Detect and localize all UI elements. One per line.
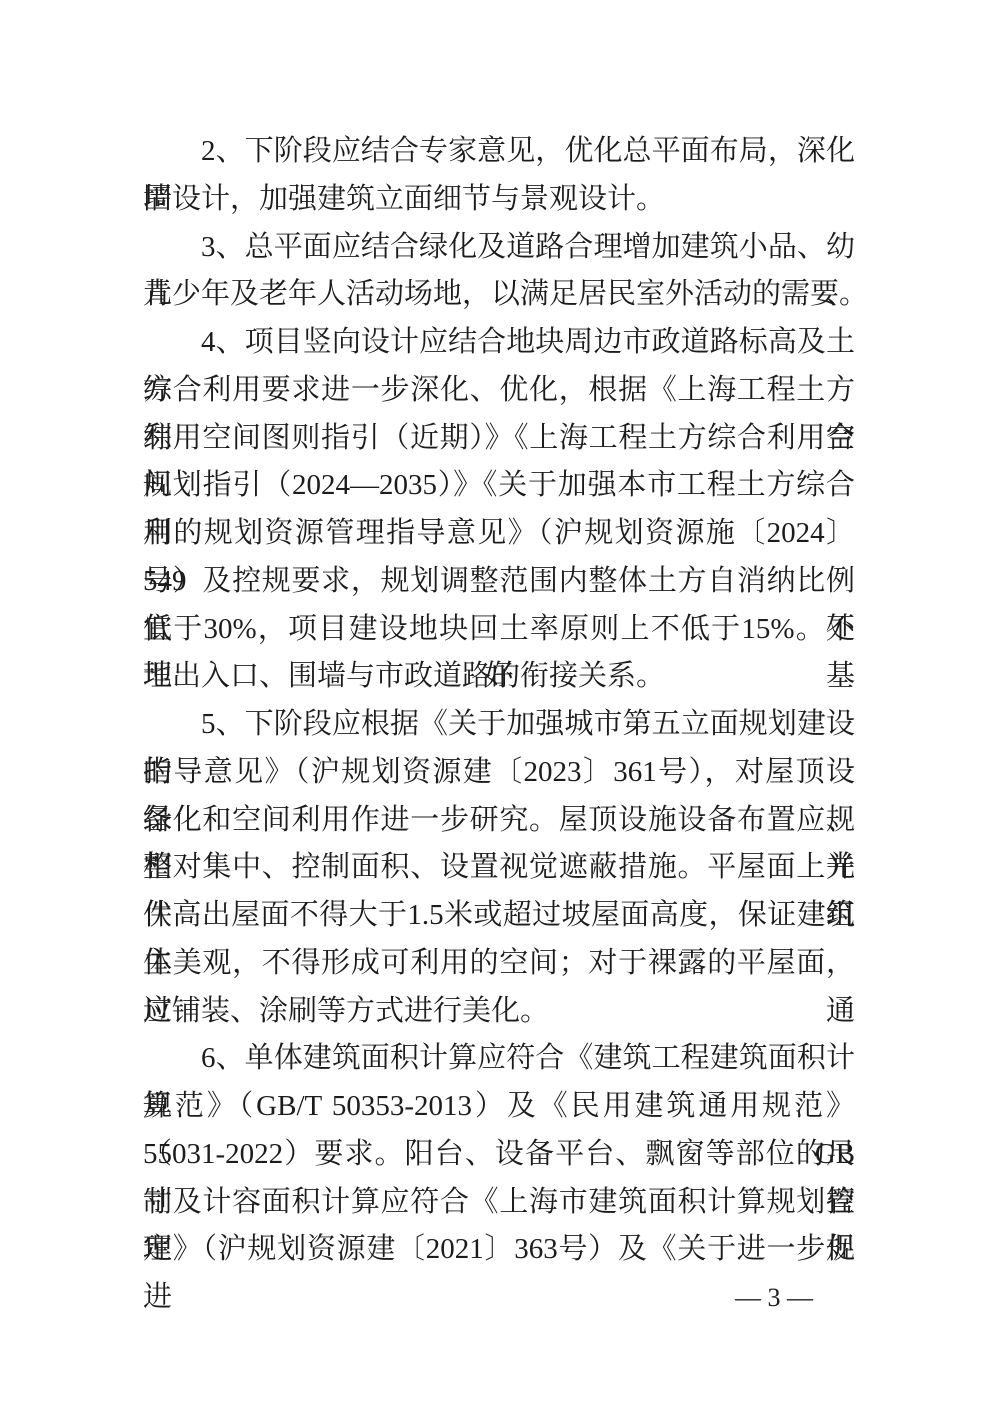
text-line: 制及计容面积计算应符合《上海市建筑面积计算规划管理规 bbox=[143, 1179, 855, 1227]
text-line: 55031-2022）要求。阳台、设备平台、飘窗等部位的尺寸控 bbox=[143, 1131, 855, 1179]
document-body: 2、下阶段应结合专家意见，优化总平面布局，深化围 墙设计，加强建筑立面细节与景观… bbox=[143, 128, 855, 1274]
text-line: 绿化和空间利用作进一步研究。屋顶设施设备布置应规整并 bbox=[143, 797, 855, 845]
text-line: 件高出屋面不得大于1.5米或超过坡屋面高度，保证建筑主 bbox=[143, 892, 855, 940]
text-line: 用的规划资源管理指导意见》（沪规划资源施〔2024〕549 bbox=[143, 510, 855, 558]
text-line: 2、下阶段应结合专家意见，优化总平面布局，深化围 bbox=[143, 128, 855, 176]
text-line: 定》（沪规划资源建〔2021〕363号）及《关于进一步促进 bbox=[143, 1226, 855, 1274]
text-line: 号）及控规要求，规划调整范围内整体土方自消纳比例宜不 bbox=[143, 558, 855, 606]
text-line: 利用空间图则指引（近期）》《上海工程土方综合利用空间 bbox=[143, 415, 855, 463]
page-number: — 3 — bbox=[0, 1283, 813, 1313]
text-line: 3、总平面应结合绿化及道路合理增加建筑小品、幼儿、 bbox=[143, 224, 855, 272]
text-line: 墙设计，加强建筑立面细节与景观设计。 bbox=[143, 176, 855, 224]
text-line: 规范》（GB/T 50353-2013）及《民用建筑通用规范》（GB bbox=[143, 1083, 855, 1131]
text-line: 体美观，不得形成可利用的空间；对于裸露的平屋面，应通 bbox=[143, 940, 855, 988]
text-line: 青少年及老年人活动场地，以满足居民室外活动的需要。 bbox=[143, 271, 855, 319]
text-line: 综合利用要求进一步深化、优化，根据《上海工程土方综合 bbox=[143, 367, 855, 415]
text-line: 规划指引（2024—2035）》《关于加强本市工程土方综合利 bbox=[143, 462, 855, 510]
document-page: 2、下阶段应结合专家意见，优化总平面布局，深化围 墙设计，加强建筑立面细节与景观… bbox=[0, 0, 992, 1403]
text-line: 4、项目竖向设计应结合地块周边市政道路标高及土方 bbox=[143, 319, 855, 367]
text-line: 5、下阶段应根据《关于加强城市第五立面规划建设的 bbox=[143, 701, 855, 749]
text-line: 低于30%，项目建设地块回土率原则上不低于15%。处理好基 bbox=[143, 606, 855, 654]
text-line: 相对集中、控制面积、设置视觉遮蔽措施。平屋面上光伏组 bbox=[143, 844, 855, 892]
text-line: 6、单体建筑面积计算应符合《建筑工程建筑面积计算 bbox=[143, 1035, 855, 1083]
text-line: 指导意见》（沪规划资源建〔2023〕361号），对屋顶设备、 bbox=[143, 749, 855, 797]
